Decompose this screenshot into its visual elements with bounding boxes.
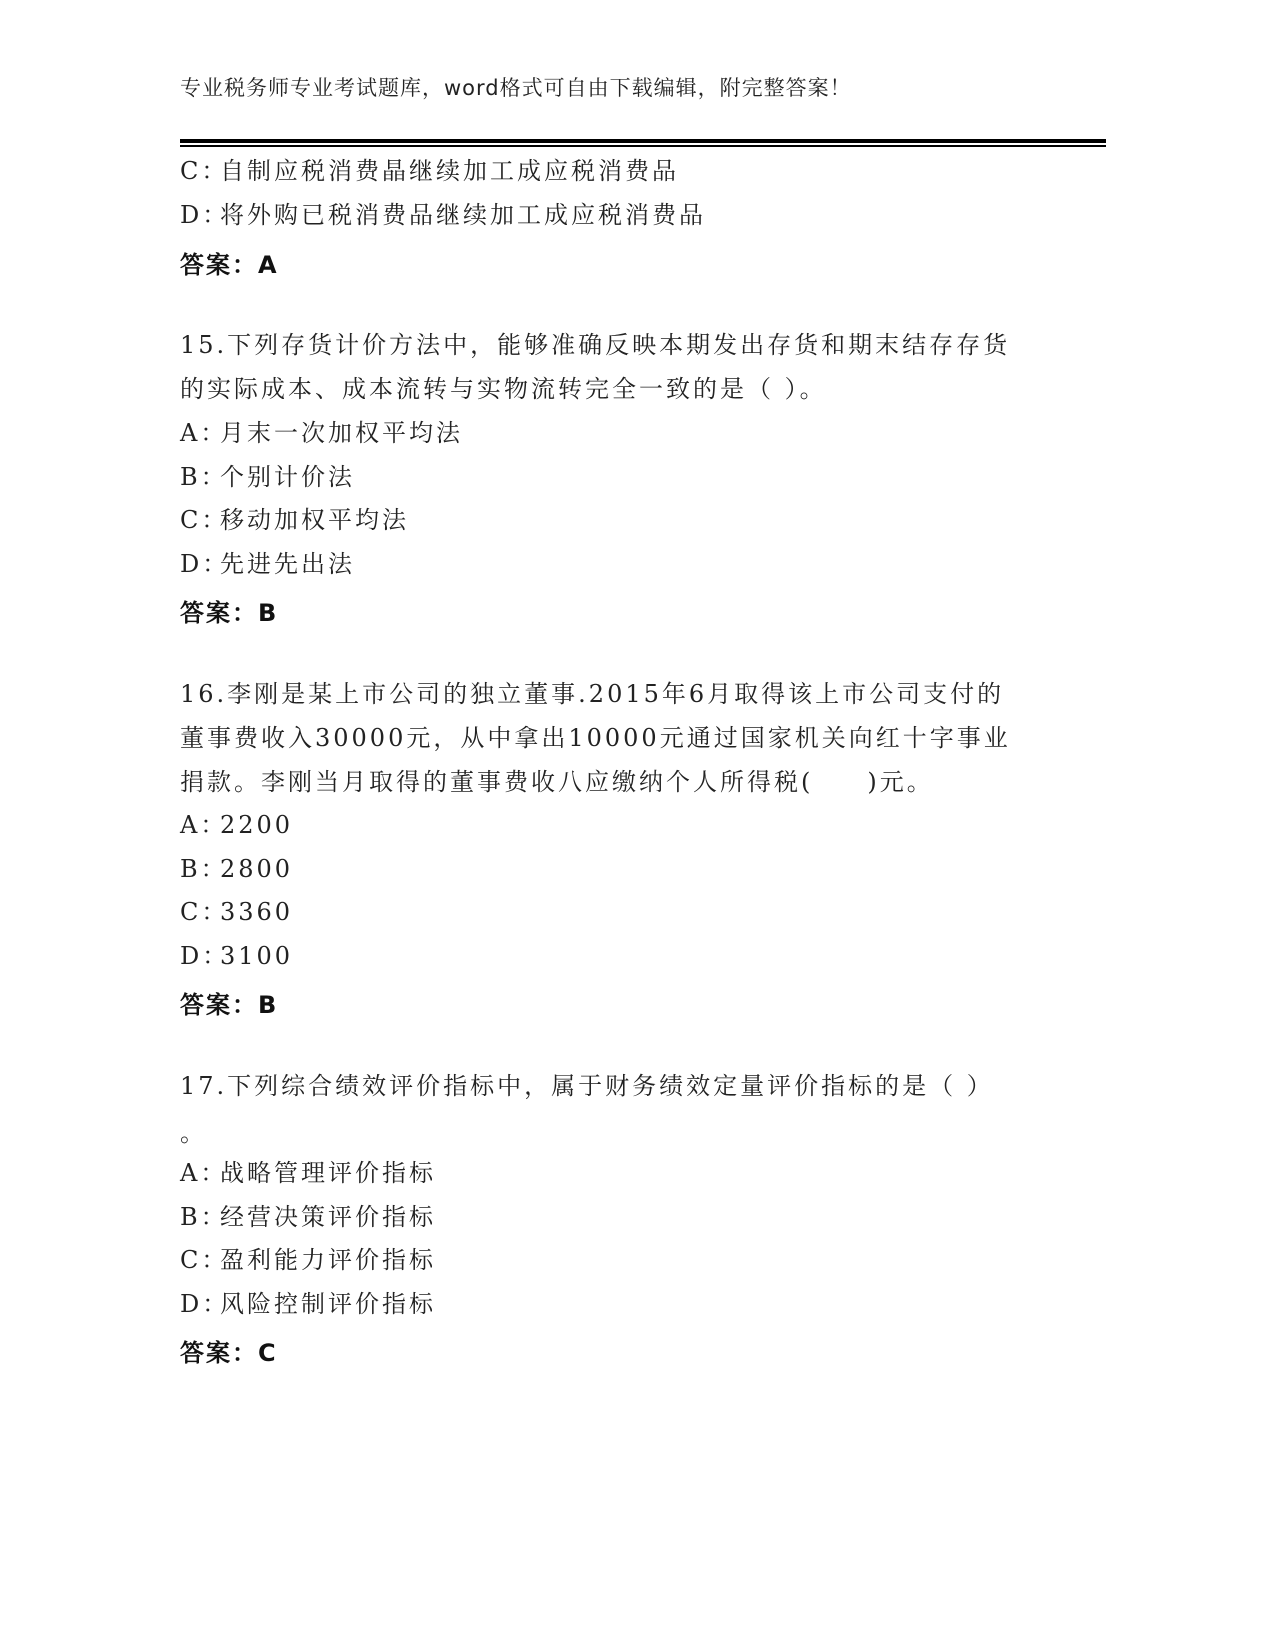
question-stem: 。	[180, 1118, 207, 1148]
option-text: 3100	[220, 942, 293, 970]
question-stem: 16.李刚是某上市公司的独立董事.2015年6月取得该上市公司支付的	[180, 679, 1004, 709]
option-a: A：月末一次加权平均法	[180, 418, 463, 448]
option-letter: C：	[180, 897, 220, 927]
answer-label: 答案：C	[180, 1333, 278, 1368]
option-text: 2200	[220, 811, 293, 839]
option-letter: D：	[180, 200, 220, 230]
option-c: C：自制应税消费晶继续加工成应税消费品	[180, 156, 679, 186]
header-rule-thin	[180, 145, 1106, 147]
option-text: 个别计价法	[220, 463, 355, 491]
option-letter: B：	[180, 462, 220, 492]
option-text: 风险控制评价指标	[220, 1290, 436, 1318]
option-letter: D：	[180, 1289, 220, 1319]
option-letter: C：	[180, 1245, 220, 1275]
option-d: D：风险控制评价指标	[180, 1289, 436, 1319]
option-letter: A：	[180, 810, 220, 840]
page-header: 专业税务师专业考试题库，word格式可自由下载编辑，附完整答案！	[180, 72, 852, 102]
option-b: B：经营决策评价指标	[180, 1202, 436, 1232]
option-text: 3360	[220, 898, 293, 926]
option-c: C：移动加权平均法	[180, 505, 409, 535]
option-letter: A：	[180, 418, 220, 448]
answer-label: 答案：A	[180, 245, 279, 280]
option-letter: B：	[180, 854, 220, 884]
option-text: 战略管理评价指标	[220, 1159, 436, 1187]
option-a: A：2200	[180, 810, 293, 840]
question-stem: 捐款。李刚当月取得的董事费收八应缴纳个人所得税( )元。	[180, 767, 934, 797]
option-letter: A：	[180, 1158, 220, 1188]
option-text: 经营决策评价指标	[220, 1203, 436, 1231]
option-b: B：2800	[180, 854, 293, 884]
option-letter: C：	[180, 505, 220, 535]
question-stem: 的实际成本、成本流转与实物流转完全一致的是（ ）。	[180, 374, 827, 404]
option-letter: B：	[180, 1202, 220, 1232]
option-text: 先进先出法	[220, 550, 355, 578]
question-stem: 董事费收入30000元，从中拿出10000元通过国家机关向红十字事业	[180, 723, 1011, 753]
option-text: 2800	[220, 855, 293, 883]
option-text: 盈利能力评价指标	[220, 1246, 436, 1274]
answer-label: 答案：B	[180, 593, 278, 628]
option-text: 月末一次加权平均法	[220, 419, 463, 447]
option-a: A：战略管理评价指标	[180, 1158, 436, 1188]
question-stem: 15.下列存货计价方法中，能够准确反映本期发出存货和期末结存存货	[180, 330, 1010, 360]
option-c: C：3360	[180, 897, 293, 927]
option-letter: C：	[180, 156, 220, 186]
header-rule-thick	[180, 139, 1106, 143]
option-d: D：3100	[180, 941, 293, 971]
option-letter: D：	[180, 549, 220, 579]
answer-label: 答案：B	[180, 985, 278, 1020]
option-b: B：个别计价法	[180, 462, 355, 492]
option-text: 自制应税消费晶继续加工成应税消费品	[220, 157, 679, 185]
question-stem: 17.下列综合绩效评价指标中，属于财务绩效定量评价指标的是（ ）	[180, 1071, 994, 1101]
option-text: 移动加权平均法	[220, 506, 409, 534]
option-letter: D：	[180, 941, 220, 971]
option-text: 将外购已税消费品继续加工成应税消费品	[220, 201, 706, 229]
option-c: C：盈利能力评价指标	[180, 1245, 436, 1275]
option-d: D：将外购已税消费品继续加工成应税消费品	[180, 200, 706, 230]
option-d: D：先进先出法	[180, 549, 355, 579]
